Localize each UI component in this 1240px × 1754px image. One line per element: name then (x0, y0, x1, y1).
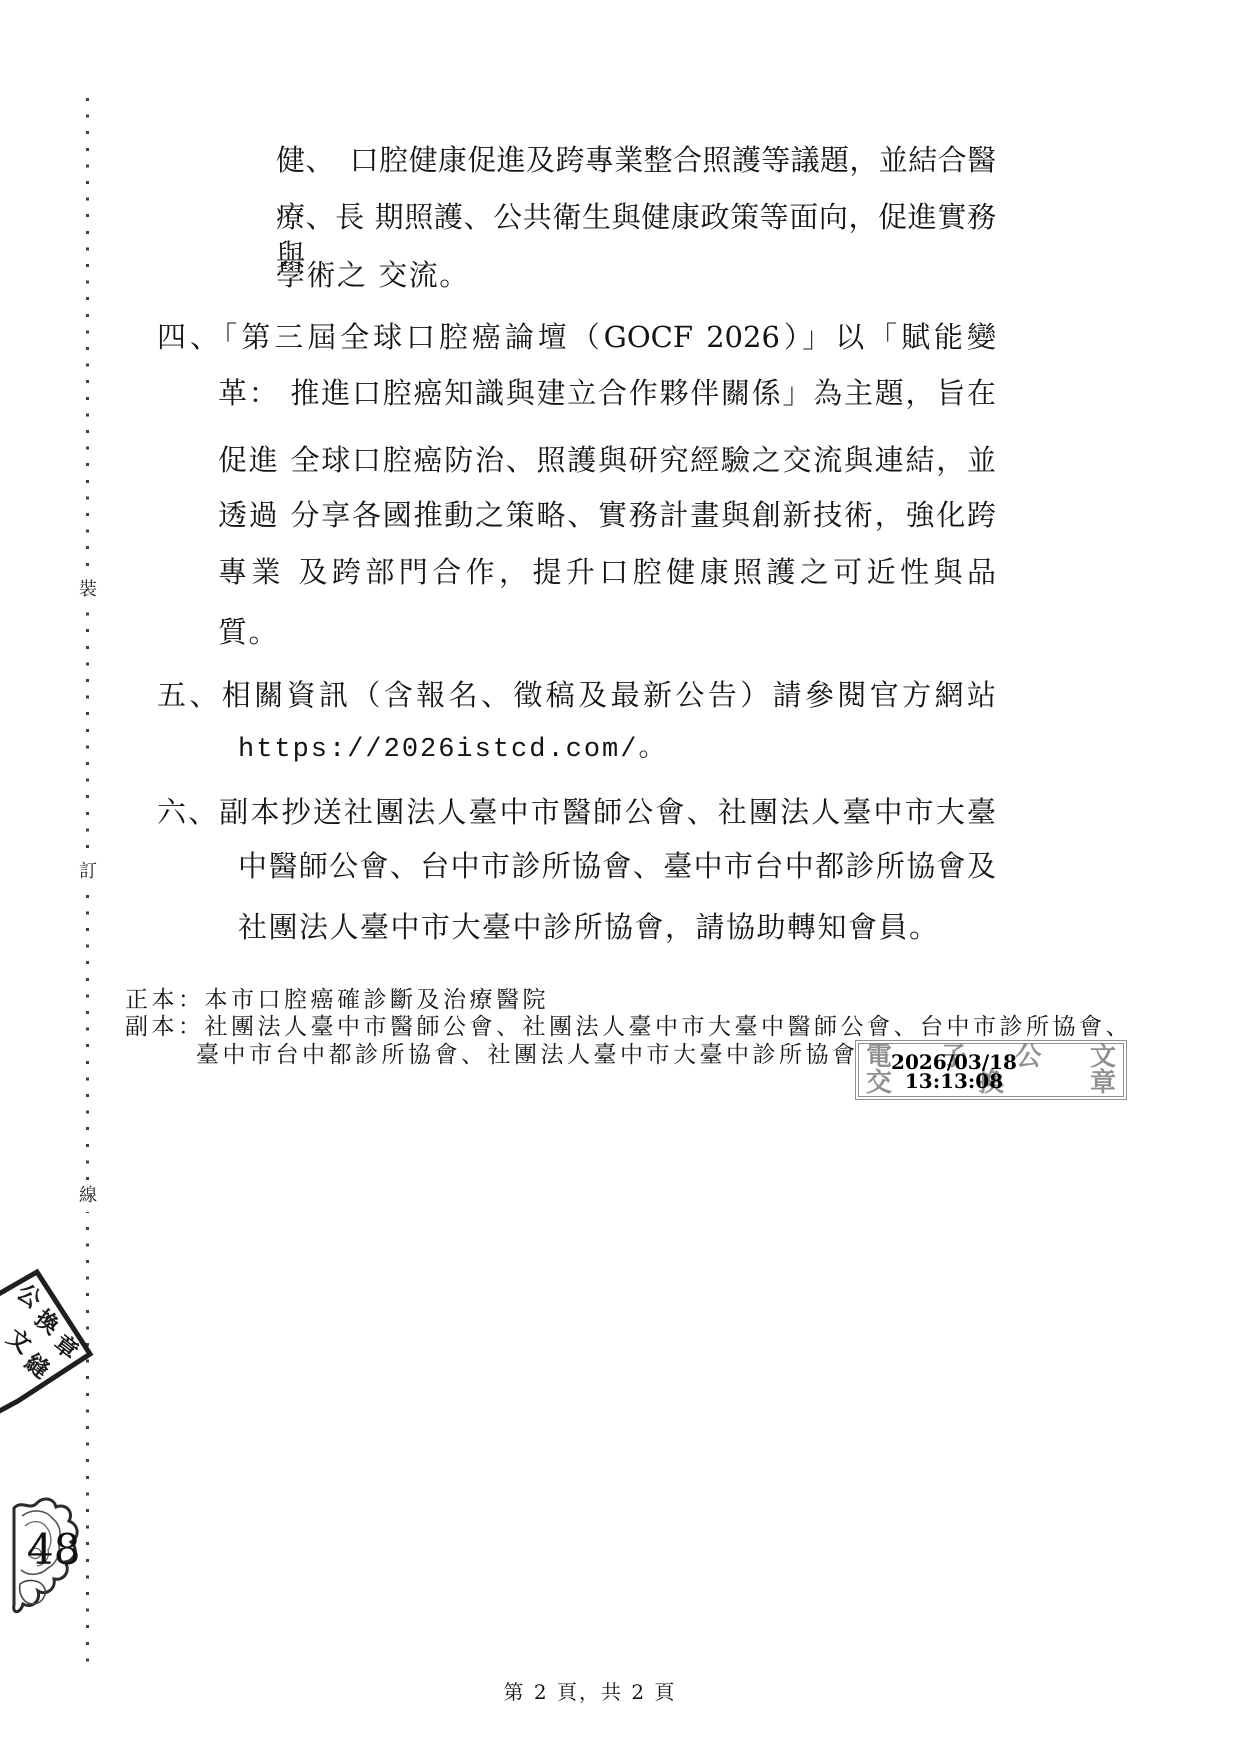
body-line-item-6: 六、副本抄送社團法人臺中市醫師公會、社團法人臺中市大臺 (157, 793, 996, 831)
body-line: 透過 分享各國推動之策略、實務計畫與創新技術，強化跨 (218, 496, 996, 534)
body-line: 質。 (218, 613, 279, 651)
page-footer: 第 2 頁，共 2 頁 (0, 1676, 1180, 1705)
body-line: 專業 及跨部門合作，提升口腔健康照護之可近性與品 (218, 553, 996, 591)
body-line: 促進 全球口腔癌防治、照護與研究經驗之交流與連結，並 (218, 441, 996, 479)
original-copy-line: 正本：本市口腔癌確診斷及治療醫院 (125, 986, 549, 1014)
cross-page-corner-stamp: 公 換 文 章 縫 (0, 1255, 110, 1415)
binding-char-xian: 線 (76, 1180, 100, 1212)
body-line-item-4: 四、「第三屆全球口腔癌論壇（GOCF 2026）」以「賦能變 (157, 318, 996, 356)
binding-char-zhuang: 裝 (76, 574, 100, 606)
body-line: 中醫師公會、台中市診所協會、臺中市台中都診所協會及 (238, 847, 996, 885)
electronic-exchange-stamp: 電子公文 交換章 2026/03/18 13:13:08 (855, 1040, 1127, 1100)
body-line: 學術之 交流。 (276, 256, 470, 294)
body-line-item-5: 五、相關資訊（含報名、徵稿及最新公告）請參閱官方網站 (157, 676, 996, 714)
binding-char-ding: 訂 (76, 856, 100, 888)
page-seal-number: 48 (27, 1525, 80, 1574)
document-page: 裝 訂 線 健、 口腔健康促進及跨專業整合照護等議題，並結合醫 療、長 期照護、… (0, 0, 1240, 1754)
carbon-copy-line-1: 副本：社團法人臺中市醫師公會、社團法人臺中市大臺中醫師公會、台中市診所協會、 (125, 1013, 1132, 1041)
body-line: 健、 口腔健康促進及跨專業整合照護等議題，並結合醫 (276, 141, 996, 179)
page-number-seal: 48 (8, 1492, 82, 1620)
body-line: 社團法人臺中市大臺中診所協會，請協助轉知會員。 (238, 908, 940, 946)
stamp-datetime: 2026/03/18 13:13:08 (869, 1053, 1039, 1091)
carbon-copy-line-2: 臺中市台中都診所協會、社團法人臺中市大臺中診所協會 (196, 1041, 859, 1069)
body-line: 革： 推進口腔癌知識與建立合作夥伴關係」為主題，旨在 (218, 374, 996, 412)
website-url-text: https://2026istcd.com/。 (238, 731, 667, 769)
stamp-time: 13:13:08 (869, 1072, 1039, 1091)
